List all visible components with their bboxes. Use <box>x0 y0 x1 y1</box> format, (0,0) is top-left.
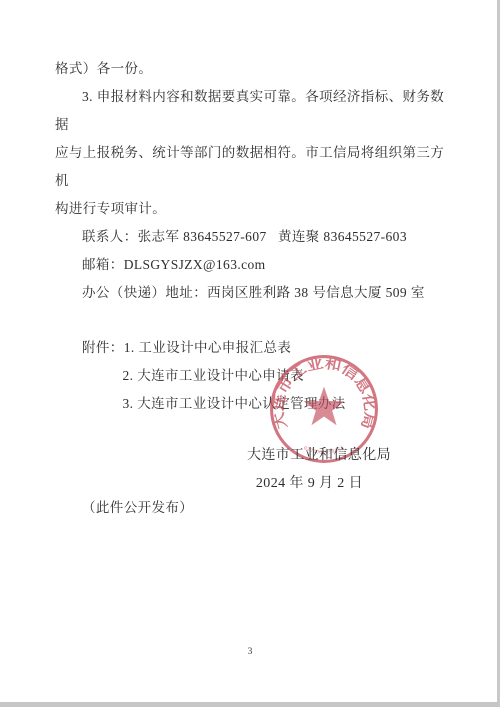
contact-line: 联系人：张志军 83645527-607 黄连聚 83645527-603 <box>55 223 445 251</box>
public-release-note: （此件公开发布） <box>55 494 445 522</box>
paragraph3-line-2: 应与上报税务、统计等部门的数据相符。市工信局将组织第三方机 <box>55 139 445 195</box>
attachment-item-2: 2. 大连市工业设计中心申请表 <box>55 362 445 390</box>
email-line: 邮箱：DLSGYSJZX@163.com <box>55 251 445 279</box>
attachments-label: 附件： <box>82 340 124 355</box>
scan-edge-bottom <box>0 702 500 707</box>
address-line: 办公（快递）地址：西岗区胜利路 38 号信息大厦 509 室 <box>55 279 445 307</box>
attachment-item-1: 1. 工业设计中心申报汇总表 <box>124 340 292 355</box>
attachments-line-1: 附件：1. 工业设计中心申报汇总表 <box>55 334 445 362</box>
attachment-item-3: 3. 大连市工业设计中心认定管理办法 <box>55 390 445 418</box>
page-number: 3 <box>0 647 500 657</box>
paragraph3-line-1: 3. 申报材料内容和数据要真实可靠。各项经济指标、财务数据 <box>55 83 445 139</box>
paragraph3-line-3: 构进行专项审计。 <box>55 195 445 223</box>
body-continuation-line: 格式）各一份。 <box>55 55 445 83</box>
signature-agency-name: 大连市工业和信息化局 <box>55 442 445 470</box>
attachments-block: 附件：1. 工业设计中心申报汇总表 2. 大连市工业设计中心申请表 3. 大连市… <box>55 334 445 418</box>
document-page: 格式）各一份。 3. 申报材料内容和数据要真实可靠。各项经济指标、财务数据 应与… <box>55 55 445 522</box>
signature-date: 2024 年 9 月 2 日 <box>55 470 445 498</box>
